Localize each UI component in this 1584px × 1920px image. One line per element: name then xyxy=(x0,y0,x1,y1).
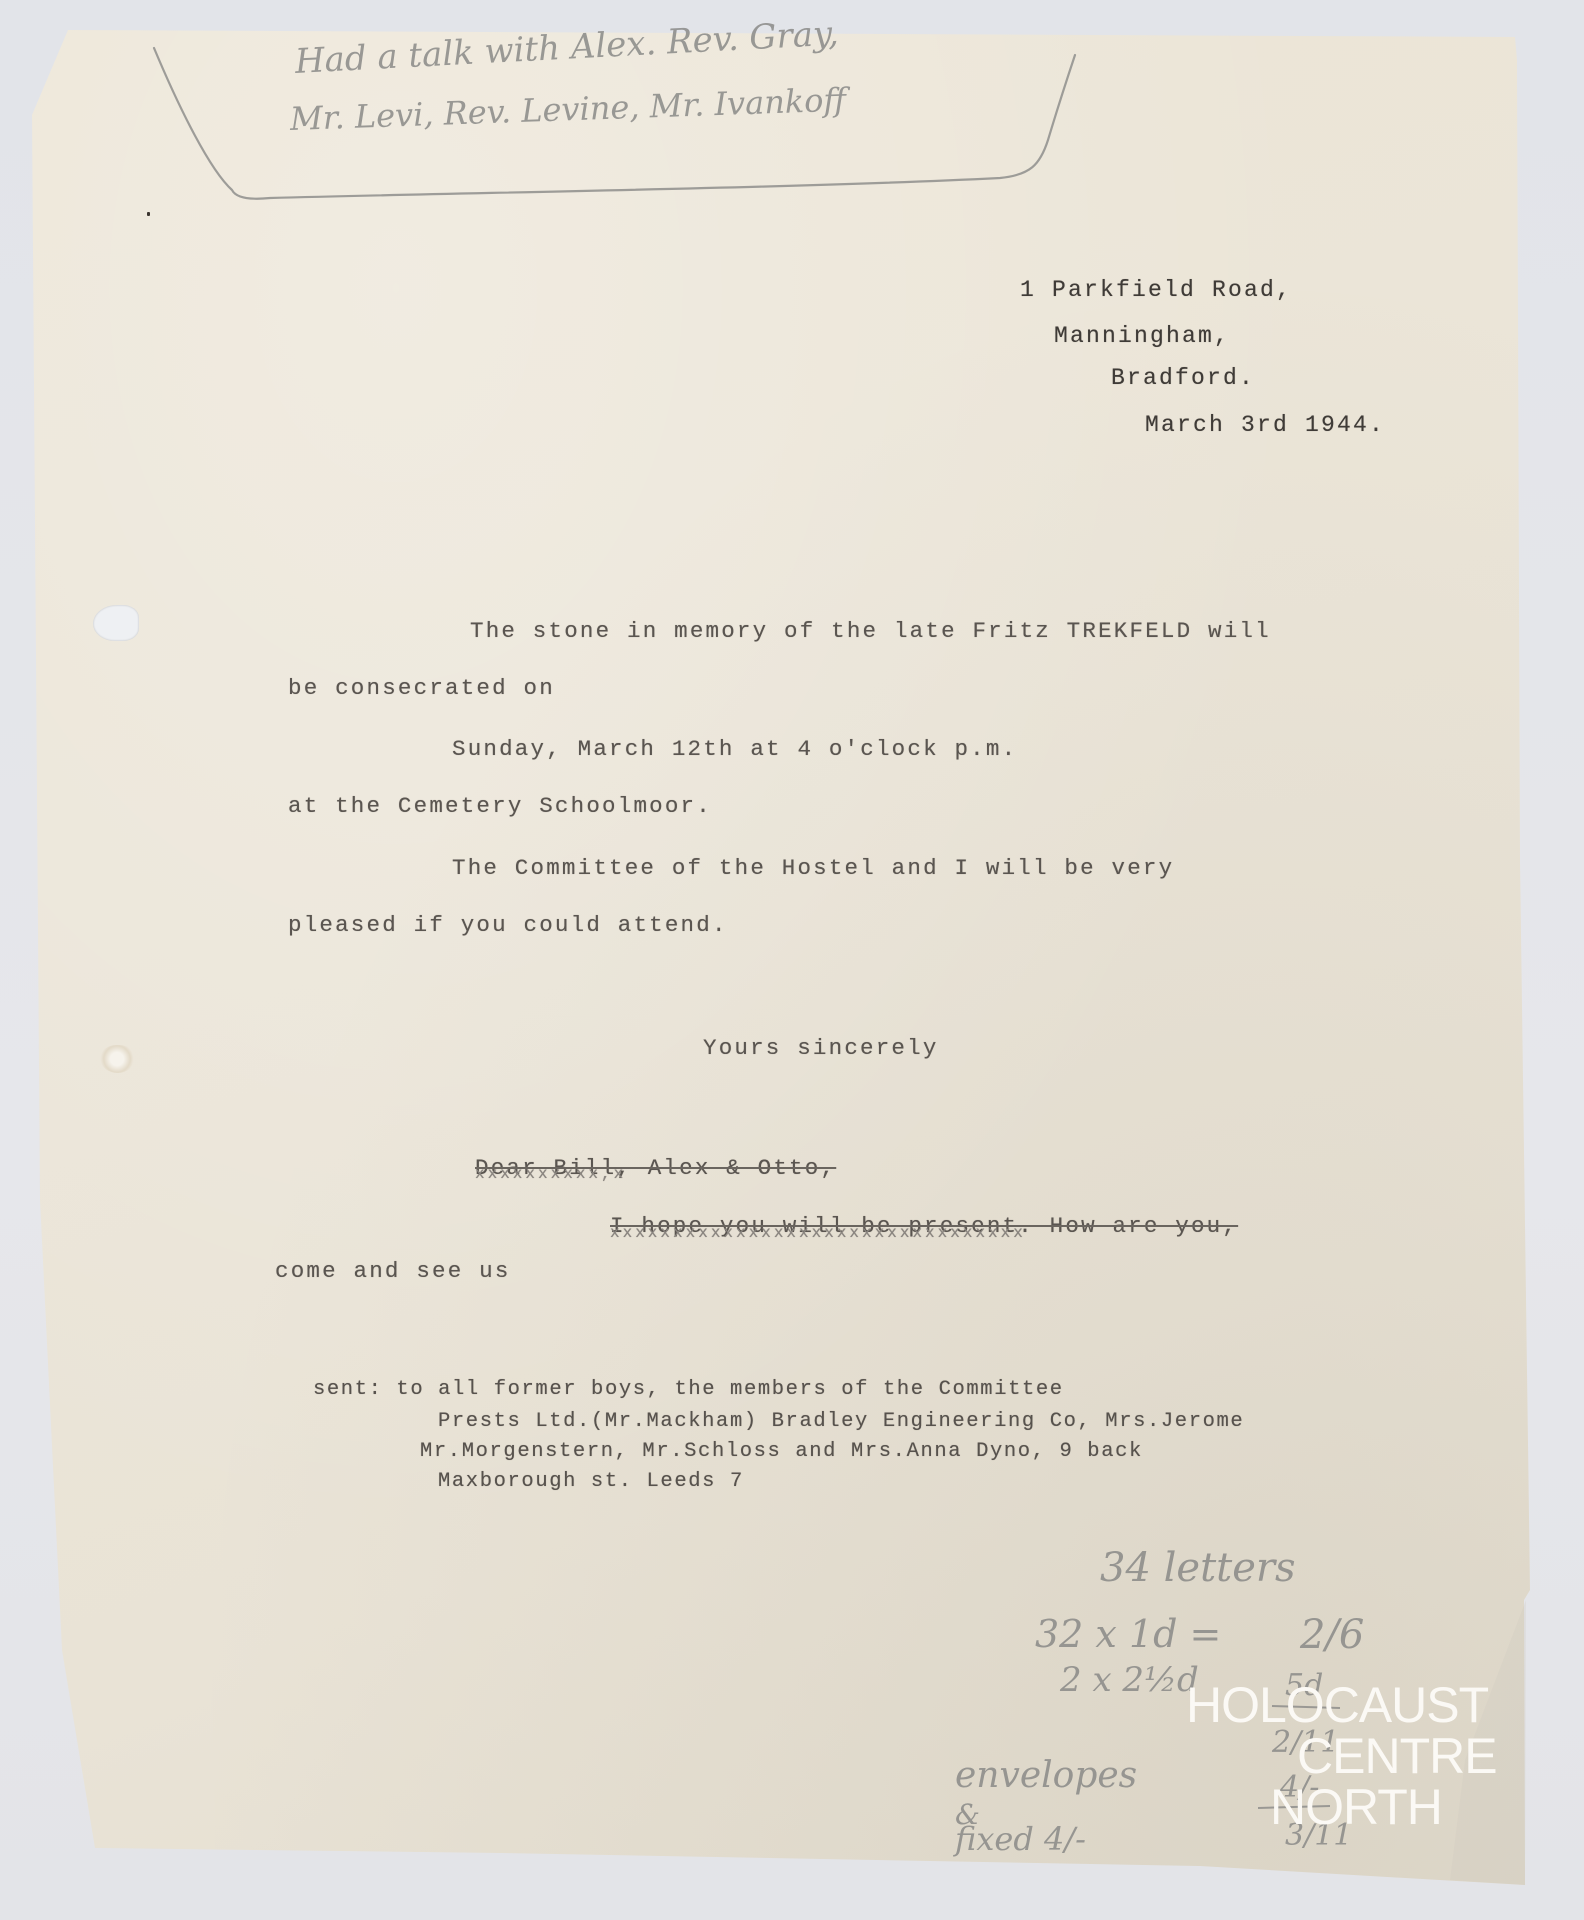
pencil-envelopes-label: envelopes xyxy=(955,1755,1137,1796)
pencil-envelopes-value: fixed 4/- xyxy=(955,1820,1086,1858)
logo-line-2: CENTRE xyxy=(1297,1731,1497,1781)
logo-line-3: NORTH xyxy=(1270,1782,1442,1832)
logo-line-1: HOLOCAUST xyxy=(1186,1680,1488,1730)
holocaust-centre-north-logo: HOLOCAUST CENTRE NORTH xyxy=(0,0,9,64)
pencil-sum-line xyxy=(0,0,1584,1920)
